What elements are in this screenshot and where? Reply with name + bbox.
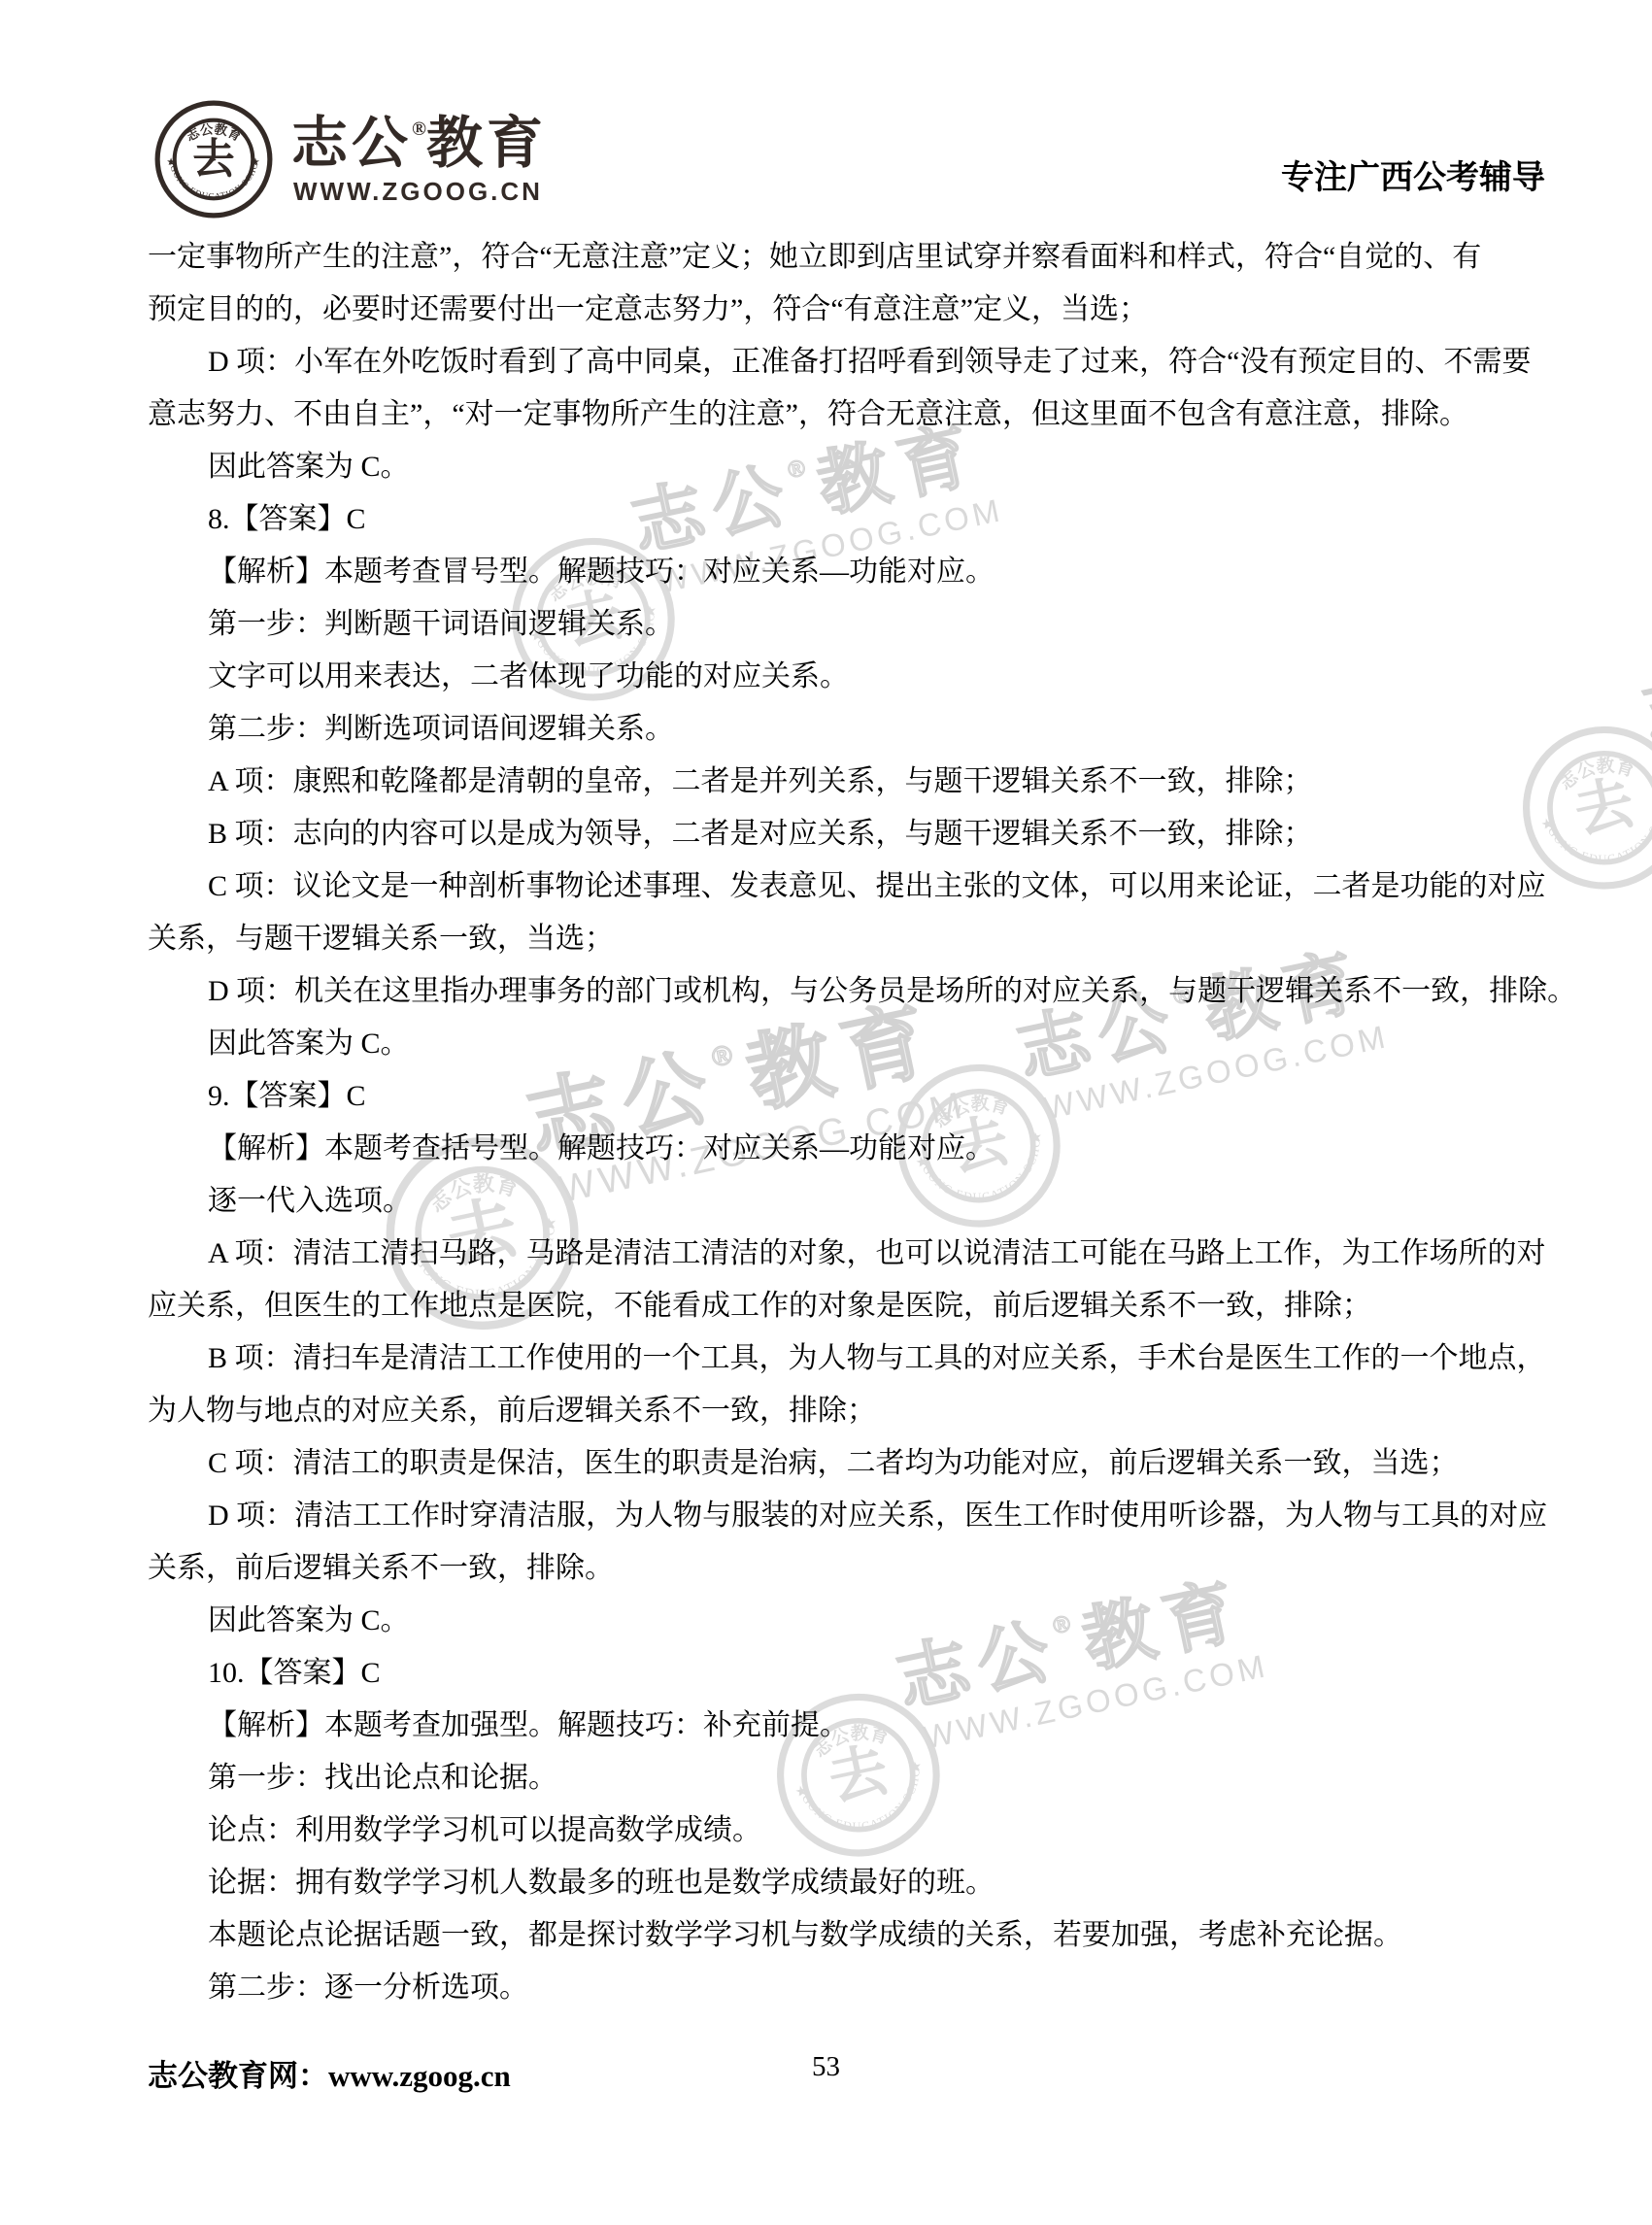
seal-star-right: ★: [251, 157, 259, 168]
body-line-answer-9: 9.【答案】C: [148, 1070, 1517, 1123]
body-line: 本题论点论据话题一致，都是探讨数学学习机与数学成绩的关系，若要加强，考虑补充论据…: [148, 1909, 1517, 1962]
watermark-text: 志公®教育 WWW.ZGOOG.COM: [1633, 583, 1652, 792]
svg-text:ZHIGONG EDUCATION SCHOOL: ZHIGONG EDUCATION SCHOOL: [1505, 709, 1652, 883]
body-line: B 项：清扫车是清洁工工作使用的一个工具，为人物与工具的对应关系，手术台是医生工…: [148, 1332, 1517, 1385]
body-line: 第二步：逐一分析选项。: [148, 1962, 1517, 2014]
brand-website: WWW.ZGOOG.CN: [293, 177, 543, 207]
seal-star-left: ★: [166, 157, 175, 168]
body-line: 应关系，但医生的工作地点是医院，不能看成工作的对象是医院，前后逻辑关系不一致，排…: [148, 1280, 1517, 1332]
body-line: 论据：拥有数学学习机人数最多的班也是数学成绩最好的班。: [148, 1857, 1517, 1909]
header-slogan: 专注广西公考辅导: [1281, 151, 1545, 198]
registered-mark: ®: [412, 118, 426, 140]
zhigong-seal-logo-icon: 志公教育 ZHIGONG EDUCATION SCHOOL ★ ★ 去: [153, 99, 274, 219]
body-line: 逐一代入选项。: [148, 1175, 1517, 1228]
body-line: A 项：清洁工清扫马路，马路是清洁工清洁的对象，也可以说清洁工可能在马路上工作，…: [148, 1228, 1517, 1280]
body-line: 关系，前后逻辑关系不一致，排除。: [148, 1542, 1517, 1595]
seal-center-glyph: 去: [1569, 770, 1640, 846]
seal-star-left: ★: [1539, 816, 1555, 833]
body-line: C 项：议论文是一种剖析事物论述事理、发表意见、提出主张的文体，可以用来论证，二…: [148, 860, 1517, 913]
body-line: B 项：志向的内容可以是成为领导，二者是对应关系，与题干逻辑关系不一致，排除；: [148, 808, 1517, 860]
body-line: 第二步：判断选项词语间逻辑关系。: [148, 703, 1517, 756]
body-line: 因此答案为 C。: [148, 1595, 1517, 1647]
body-line: 第一步：判断题干词语间逻辑关系。: [148, 598, 1517, 651]
body-line-answer-8: 8.【答案】C: [148, 493, 1517, 546]
body-line: 【解析】本题考查括号型。解题技巧：对应关系—功能对应。: [148, 1123, 1517, 1175]
watermark: 志公教育 ZHIGONG EDUCATION SCHOOL ★ ★ 去 志公®教…: [1494, 583, 1652, 906]
seal-center-glyph: 去: [192, 136, 234, 183]
seal-bottom-text: ZHIGONG EDUCATION SCHOOL: [1505, 709, 1652, 883]
body-line: 关系，与题干逻辑关系一致，当选；: [148, 913, 1517, 965]
body-line: D 项：机关在这里指办理事务的部门或机构，与公务员是场所的对应关系，与题干逻辑关…: [148, 965, 1517, 1018]
body-line-answer-10: 10.【答案】C: [148, 1647, 1517, 1700]
watermark-brand1: 志公: [1635, 641, 1652, 754]
body-line: 第一步：找出论点和论据。: [148, 1752, 1517, 1804]
body-line: 因此答案为 C。: [148, 1018, 1517, 1070]
body-line: D 项：小军在外吃饭时看到了高中同桌，正准备打招呼看到领导走了过来，符合“没有预…: [148, 336, 1517, 388]
body-line: 文字可以用来表达，二者体现了功能的对应关系。: [148, 651, 1517, 703]
body-line: 一定事物所产生的注意”，符合“无意注意”定义；她立即到店里试穿并察看面料和样式，…: [148, 231, 1517, 284]
body-line: C 项：清洁工的职责是保洁，医生的职责是治病，二者均为功能对应，前后逻辑关系一致…: [148, 1437, 1517, 1490]
body-line: 意志努力、不由自主”，“对一定事物所产生的注意”，符合无意注意，但这里面不包含有…: [148, 388, 1517, 441]
answer-explanations: 一定事物所产生的注意”，符合“无意注意”定义；她立即到店里试穿并察看面料和样式，…: [148, 231, 1517, 2014]
brand-part1: 志公: [291, 112, 412, 175]
body-line: 【解析】本题考查加强型。解题技巧：补充前提。: [148, 1700, 1517, 1752]
seal-top-text: 志公教育: [1552, 748, 1640, 796]
body-line: D 项：清洁工工作时穿清洁服，为人物与服装的对应关系，医生工作时使用听诊器，为人…: [148, 1490, 1517, 1542]
brand-part2: 教育: [426, 112, 547, 175]
body-line: 为人物与地点的对应关系，前后逻辑关系不一致，排除；: [148, 1385, 1517, 1437]
body-line: 论点：利用数学学习机可以提高数学成绩。: [148, 1804, 1517, 1857]
svg-text:志公教育: 志公教育: [1552, 748, 1640, 796]
body-line: 预定目的的，必要时还需要付出一定意志努力”，符合“有意注意”定义，当选；: [148, 284, 1517, 336]
page-number: 53: [0, 2051, 1652, 2083]
brand-wordmark: 志公®教育: [291, 97, 547, 179]
body-line: 因此答案为 C。: [148, 441, 1517, 493]
body-line: A 项：康熙和乾隆都是清朝的皇帝，二者是并列关系，与题干逻辑关系不一致，排除；: [148, 756, 1517, 808]
body-line: 【解析】本题考查冒号型。解题技巧：对应关系—功能对应。: [148, 546, 1517, 598]
